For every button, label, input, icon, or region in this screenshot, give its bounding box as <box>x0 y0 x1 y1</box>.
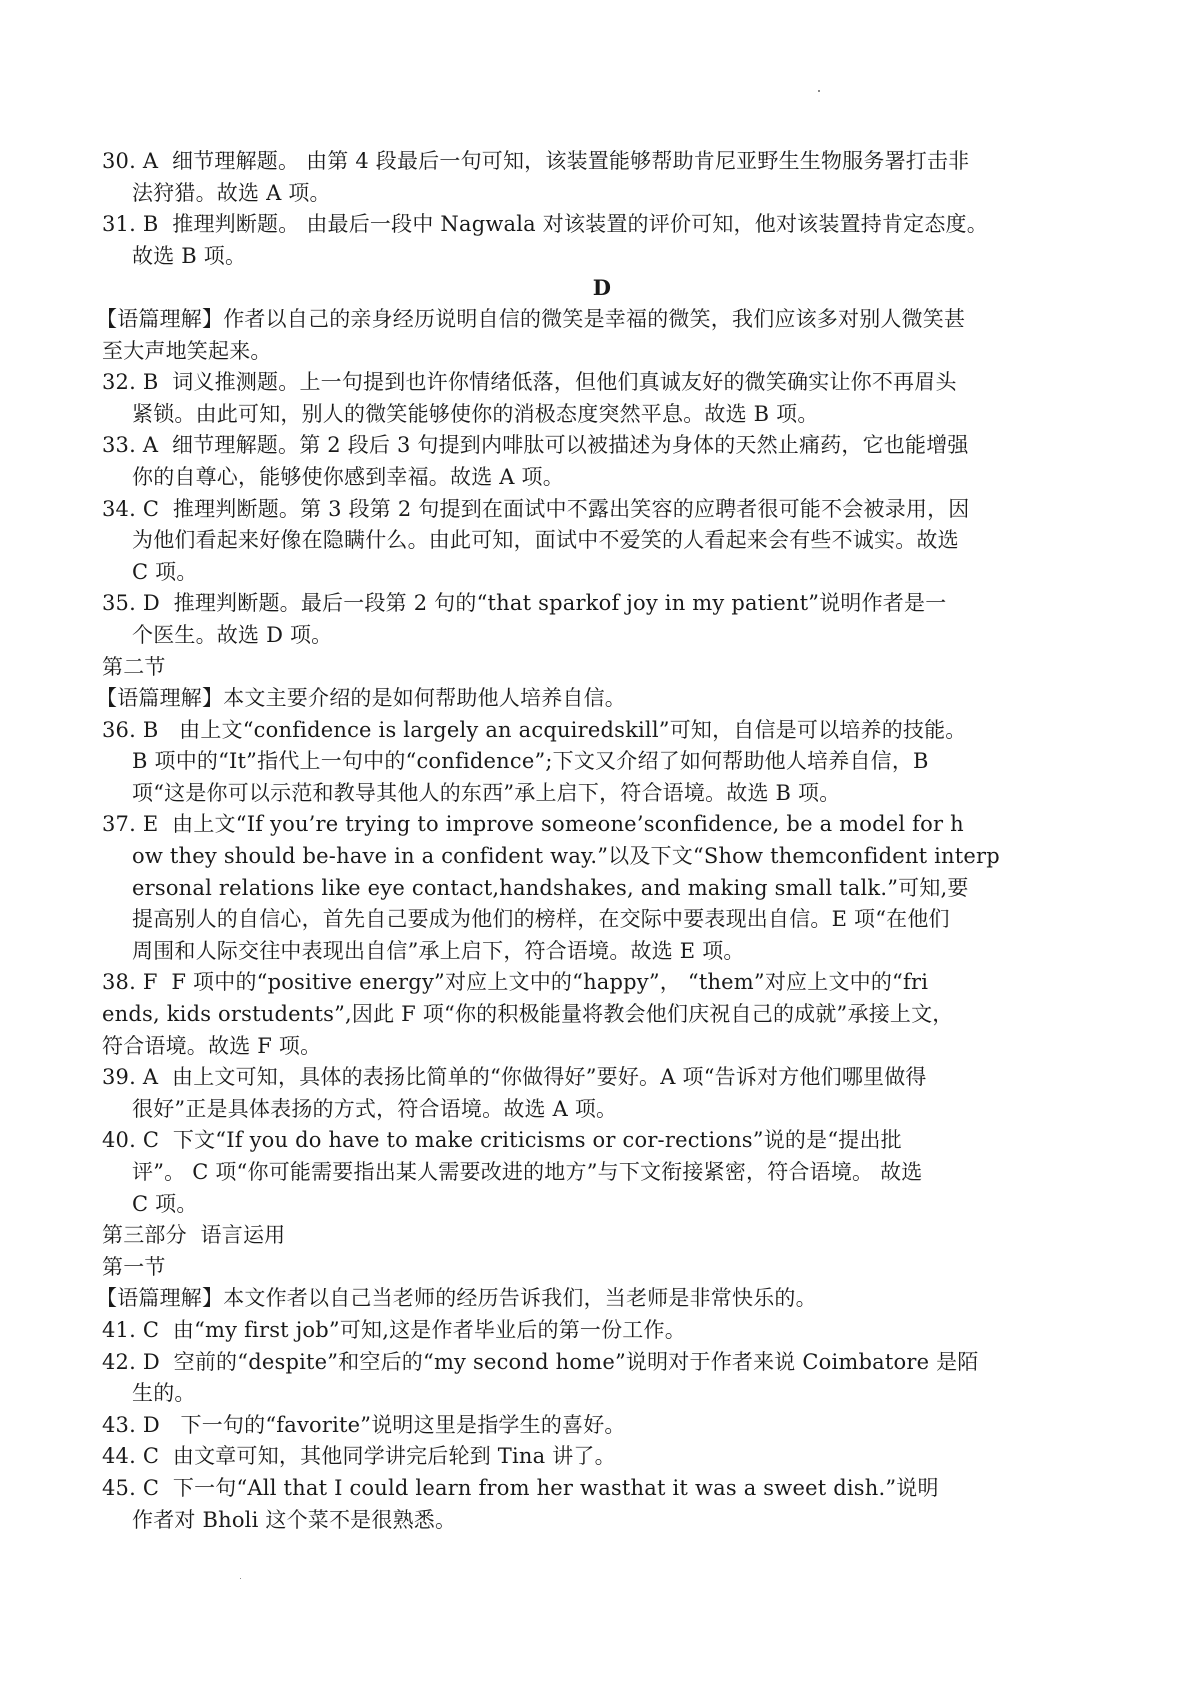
answer-line: 34. C 推理判断题。第 3 段第 2 句提到在面试中不露出笑容的应聘者很可能… <box>102 494 1102 526</box>
summary-line: 【语篇理解】本文主要介绍的是如何帮助他人培养自信。 <box>96 683 1102 715</box>
answer-line: ersonal relations like eye contact,hands… <box>102 873 1102 905</box>
document-page: 30. A 细节理解题。 由第 4 段最后一句可知，该装置能够帮助肯尼亚野生生物… <box>0 0 1200 1697</box>
answer-line: 生的。 <box>102 1378 1102 1410</box>
passage-summary-3: 【语篇理解】本文作者以自己当老师的经历告诉我们，当老师是非常快乐的。 <box>102 1283 1102 1315</box>
answer-item-43: 43. D 下一句的“favorite”说明这里是指学生的喜好。 <box>102 1410 1102 1442</box>
answer-item-30: 30. A 细节理解题。 由第 4 段最后一句可知，该装置能够帮助肯尼亚野生生物… <box>102 146 1102 209</box>
answer-line: ow they should be-have in a confident wa… <box>102 841 1102 873</box>
passage-summary-2: 【语篇理解】本文主要介绍的是如何帮助他人培养自信。 <box>102 683 1102 715</box>
answer-explanations: 30. A 细节理解题。 由第 4 段最后一句可知，该装置能够帮助肯尼亚野生生物… <box>102 146 1102 1536</box>
answer-line: 44. C 由文章可知，其他同学讲完后轮到 Tina 讲了。 <box>102 1441 1102 1473</box>
answer-line: ends, kids orstudents”,因此 F 项“你的积极能量将教会他… <box>102 999 1102 1031</box>
answer-line: 45. C 下一句“All that I could learn from he… <box>102 1473 1102 1505</box>
answer-item-34: 34. C 推理判断题。第 3 段第 2 句提到在面试中不露出笑容的应聘者很可能… <box>102 494 1102 589</box>
answer-line: 32. B 词义推测题。上一句提到也许你情绪低落，但他们真诚友好的微笑确实让你不… <box>102 367 1102 399</box>
section-heading: D <box>102 272 1102 304</box>
section-heading-2: 第二节 <box>102 652 1102 684</box>
answer-line: 为他们看起来好像在隐瞒什么。由此可知，面试中不爱笑的人看起来会有些不诚实。故选 <box>102 525 1102 557</box>
answer-line: 36. B 由上文“confidence is largely an acqui… <box>102 715 1102 747</box>
part-heading-3: 第三部分 语言运用 <box>102 1220 1102 1252</box>
answer-line: C 项。 <box>102 1189 1102 1221</box>
answer-line: 33. A 细节理解题。第 2 段后 3 句提到内啡肽可以被描述为身体的天然止痛… <box>102 430 1102 462</box>
scan-speck <box>818 90 820 92</box>
answer-line: 紧锁。由此可知，别人的微笑能够使你的消极态度突然平息。故选 B 项。 <box>102 399 1102 431</box>
answer-line: 符合语境。故选 F 项。 <box>102 1031 1102 1063</box>
answer-line: 你的自尊心，能够使你感到幸福。故选 A 项。 <box>102 462 1102 494</box>
section-heading-1: 第一节 <box>102 1252 1102 1284</box>
answer-line: 41. C 由“my first job”可知,这是作者毕业后的第一份工作。 <box>102 1315 1102 1347</box>
answer-line: 提高别人的自信心，首先自己要成为他们的榜样，在交际中要表现出自信。E 项“在他们 <box>102 904 1102 936</box>
section-heading-d: D <box>102 272 1102 304</box>
answer-item-41: 41. C 由“my first job”可知,这是作者毕业后的第一份工作。 <box>102 1315 1102 1347</box>
answer-item-45: 45. C 下一句“All that I could learn from he… <box>102 1473 1102 1536</box>
answer-line: 40. C 下文“If you do have to make criticis… <box>102 1125 1102 1157</box>
answer-item-33: 33. A 细节理解题。第 2 段后 3 句提到内啡肽可以被描述为身体的天然止痛… <box>102 430 1102 493</box>
answer-item-31: 31. B 推理判断题。 由最后一段中 Nagwala 对该装置的评价可知，他对… <box>102 209 1102 272</box>
answer-line: 35. D 推理判断题。最后一段第 2 句的“that sparkof joy … <box>102 588 1102 620</box>
answer-line: 故选 B 项。 <box>102 241 1102 273</box>
part-heading: 第三部分 语言运用 <box>102 1220 1102 1252</box>
answer-item-44: 44. C 由文章可知，其他同学讲完后轮到 Tina 讲了。 <box>102 1441 1102 1473</box>
answer-item-36: 36. B 由上文“confidence is largely an acqui… <box>102 715 1102 810</box>
answer-line: 项“这是你可以示范和教导其他人的东西”承上启下，符合语境。故选 B 项。 <box>102 778 1102 810</box>
answer-line: 31. B 推理判断题。 由最后一段中 Nagwala 对该装置的评价可知，他对… <box>102 209 1102 241</box>
answer-line: 39. A 由上文可知，具体的表扬比简单的“你做得好”要好。A 项“告诉对方他们… <box>102 1062 1102 1094</box>
answer-line: 43. D 下一句的“favorite”说明这里是指学生的喜好。 <box>102 1410 1102 1442</box>
passage-summary-d: 【语篇理解】作者以自己的亲身经历说明自信的微笑是幸福的微笑，我们应该多对别人微笑… <box>102 304 1102 367</box>
answer-line: 42. D 空前的“despite”和空后的“my second home”说明… <box>102 1347 1102 1379</box>
answer-item-37: 37. E 由上文“If you’re trying to improve so… <box>102 809 1102 967</box>
answer-line: 30. A 细节理解题。 由第 4 段最后一句可知，该装置能够帮助肯尼亚野生生物… <box>102 146 1102 178</box>
answer-item-39: 39. A 由上文可知，具体的表扬比简单的“你做得好”要好。A 项“告诉对方他们… <box>102 1062 1102 1125</box>
answer-line: 个医生。故选 D 项。 <box>102 620 1102 652</box>
answer-item-35: 35. D 推理判断题。最后一段第 2 句的“that sparkof joy … <box>102 588 1102 651</box>
answer-item-32: 32. B 词义推测题。上一句提到也许你情绪低落，但他们真诚友好的微笑确实让你不… <box>102 367 1102 430</box>
answer-line: 作者对 Bholi 这个菜不是很熟悉。 <box>102 1505 1102 1537</box>
summary-line: 至大声地笑起来。 <box>102 336 1102 368</box>
scan-speck <box>240 1578 241 1579</box>
answer-line: 38. F F 项中的“positive energy”对应上文中的“happy… <box>102 967 1102 999</box>
summary-line: 【语篇理解】作者以自己的亲身经历说明自信的微笑是幸福的微笑，我们应该多对别人微笑… <box>96 304 1102 336</box>
answer-item-40: 40. C 下文“If you do have to make criticis… <box>102 1125 1102 1220</box>
answer-line: 评”。 C 项“你可能需要指出某人需要改进的地方”与下文衔接紧密，符合语境。 故… <box>102 1157 1102 1189</box>
answer-line: 37. E 由上文“If you’re trying to improve so… <box>102 809 1102 841</box>
section-heading: 第二节 <box>102 652 1102 684</box>
summary-line: 【语篇理解】本文作者以自己当老师的经历告诉我们，当老师是非常快乐的。 <box>96 1283 1102 1315</box>
answer-line: B 项中的“It”指代上一句中的“confidence”;下文又介绍了如何帮助他… <box>102 746 1102 778</box>
answer-line: 很好”正是具体表扬的方式，符合语境。故选 A 项。 <box>102 1094 1102 1126</box>
answer-line: 法狩猎。故选 A 项。 <box>102 178 1102 210</box>
answer-item-42: 42. D 空前的“despite”和空后的“my second home”说明… <box>102 1347 1102 1410</box>
section-heading: 第一节 <box>102 1252 1102 1284</box>
answer-line: 周围和人际交往中表现出自信”承上启下，符合语境。故选 E 项。 <box>102 936 1102 968</box>
answer-item-38: 38. F F 项中的“positive energy”对应上文中的“happy… <box>102 967 1102 1062</box>
answer-line: C 项。 <box>102 557 1102 589</box>
